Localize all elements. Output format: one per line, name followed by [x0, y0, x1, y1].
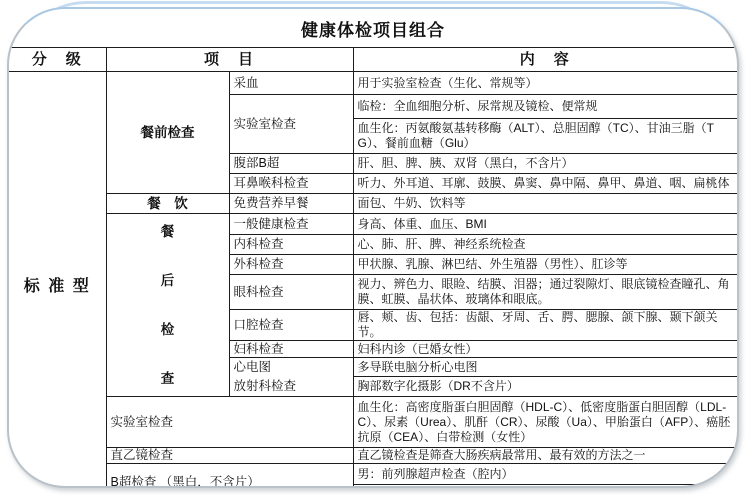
item-bscan-bw: B超检查 （黑白，不含片）	[106, 464, 353, 489]
content-internal: 心、肺、肝、脾、神经系统检查	[353, 235, 737, 255]
content-eye: 视力、辨色力、眼睑、结膜、泪器；通过裂隙灯、眼底镜检查瞳孔、角膜、虹膜、晶状体、…	[353, 275, 737, 310]
header-project: 项 目	[106, 48, 353, 72]
slide-canvas: 健康体检项目组合 分 级 项 目 内 容 标 准 型 餐前检查 采血 用于实验室…	[0, 0, 747, 495]
post-meal-vertical-label: 餐 后 检 查	[111, 216, 225, 394]
header-grade: 分 级	[9, 48, 106, 72]
item-lab-post: 实验室检查	[106, 397, 353, 448]
post-meal-char-4: 查	[161, 371, 175, 386]
post-meal-char-2: 后	[161, 273, 175, 288]
content-abdominal-bscan: 肝、胆、脾、胰、双肾（黑白，不含片）	[353, 154, 737, 174]
item-blood-draw: 采血	[229, 72, 353, 95]
content-bscan-female: 女：乳腺超声、盆腔超声（已婚腔内，未婚体外）	[353, 485, 737, 489]
content-lab-clinical: 临检：全血细胞分析、尿常规及镜检、便常规	[353, 95, 737, 119]
row-lab-post: 实验室检查 血生化：高密度脂蛋白胆固醇（HDL-C）、低密度脂蛋白胆固醇（LDL…	[9, 397, 737, 448]
health-checkup-table: 分 级 项 目 内 容 标 准 型 餐前检查 采血 用于实验室检查（生化、常规等…	[9, 47, 737, 488]
item-gyn: 妇科检查	[229, 341, 353, 358]
item-surgical: 外科检查	[229, 255, 353, 275]
item-sigmoidoscopy: 直乙镜检查	[106, 448, 353, 464]
content-lab-post: 血生化：高密度脂蛋白胆固醇（HDL-C）、低密度脂蛋白胆固醇（LDL-C）、尿素…	[353, 397, 737, 448]
content-ent: 听力、外耳道、耳廓、鼓膜、鼻窦、鼻中隔、鼻甲、鼻道、咽、扁桃体	[353, 174, 737, 194]
group-meal-cell: 餐 饮	[106, 194, 229, 214]
grade-standard-cell: 标 准 型	[9, 72, 106, 489]
row-bscan-male: B超检查 （黑白，不含片） 男：前列腺超声检查（腔内）	[9, 464, 737, 485]
item-ent: 耳鼻喉科检查	[229, 174, 353, 194]
row-breakfast: 餐 饮 免费营养早餐 面包、牛奶、饮料等	[9, 194, 737, 214]
item-internal: 内科检查	[229, 235, 353, 255]
row-sigmoidoscopy: 直乙镜检查 直乙镜检查是筛查大肠疾病最常用、最有效的方法之一	[9, 448, 737, 464]
item-abdominal-bscan: 腹部B超	[229, 154, 353, 174]
item-radiology: 放射科检查	[229, 377, 353, 397]
content-ecg: 多导联电脑分析心电图	[353, 358, 737, 377]
content-sigmoidoscopy: 直乙镜检查是筛查大肠疾病最常用、最有效的方法之一	[353, 448, 737, 464]
item-eye: 眼科检查	[229, 275, 353, 310]
post-meal-char-1: 餐	[161, 224, 175, 239]
item-breakfast: 免费营养早餐	[229, 194, 353, 214]
content-bscan-male: 男：前列腺超声检查（腔内）	[353, 464, 737, 485]
content-general: 身高、体重、血压、BMI	[353, 214, 737, 235]
content-surgical: 甲状腺、乳腺、淋巴结、外生殖器（男性）、肛诊等	[353, 255, 737, 275]
content-oral: 唇、颊、齿、包括：齿龈、牙周、舌、腭、腮腺、颌下腺、颞下颌关节。	[353, 310, 737, 341]
post-meal-char-3: 检	[161, 322, 175, 337]
table-header-row: 分 级 项 目 内 容	[9, 48, 737, 72]
group-pre-meal-cell: 餐前检查	[106, 72, 229, 194]
row-blood-draw: 标 准 型 餐前检查 采血 用于实验室检查（生化、常规等）	[9, 72, 737, 95]
item-lab-pre: 实验室检查	[229, 95, 353, 154]
item-oral: 口腔检查	[229, 310, 353, 341]
row-general: 餐 后 检 查 一般健康检查 身高、体重、血压、BMI	[9, 214, 737, 235]
group-post-meal-cell: 餐 后 检 查	[106, 214, 229, 397]
content-gyn: 妇科内诊（已婚女性）	[353, 341, 737, 358]
content-radiology: 胸部数字化摄影（DR不含片）	[353, 377, 737, 397]
content-lab-biochem: 血生化：丙氨酸氨基转移酶（ALT）、总胆固醇（TC）、甘油三脂（TG）、餐前血糖…	[353, 119, 737, 154]
content-breakfast: 面包、牛奶、饮料等	[353, 194, 737, 214]
item-ecg: 心电图	[229, 358, 353, 377]
item-general: 一般健康检查	[229, 214, 353, 235]
rounded-frame: 健康体检项目组合 分 级 项 目 内 容 标 准 型 餐前检查 采血 用于实验室…	[7, 7, 739, 488]
content-blood-draw: 用于实验室检查（生化、常规等）	[353, 72, 737, 95]
page-title: 健康体检项目组合	[9, 9, 737, 47]
header-content: 内 容	[353, 48, 737, 72]
